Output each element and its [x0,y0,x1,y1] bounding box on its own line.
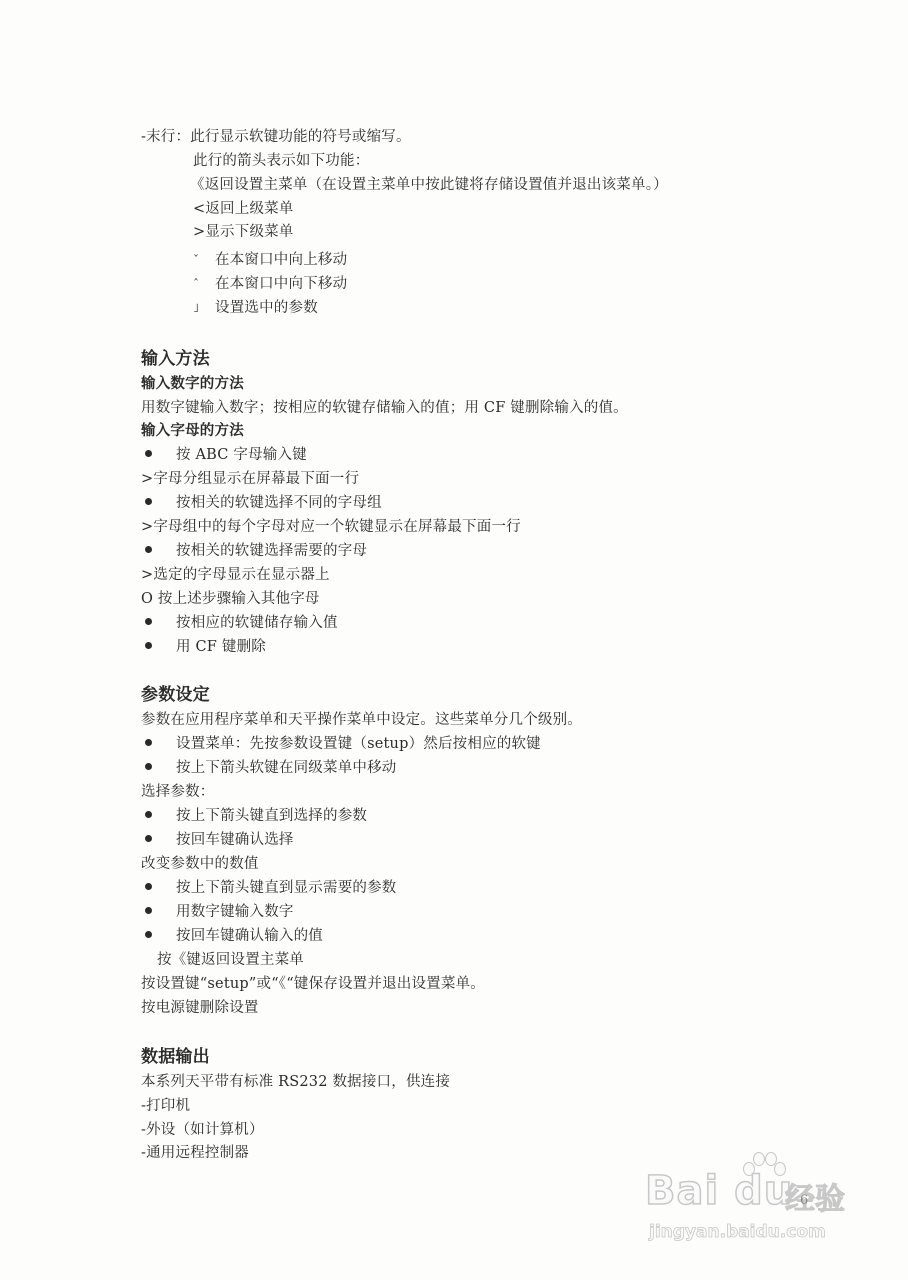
symbol-row-enter: ˩设置选中的参数 [193,298,318,318]
bullet-text: 设置菜单：先按参数设置键（setup）然后按相应的软键 [176,736,541,752]
intro-line-2: 此行的箭头表示如下功能： [193,151,369,171]
subheading-numbers: 输入数字的方法 [141,374,244,394]
step-bullet: 按相关的软键选择需要的字母 [145,541,367,561]
baidu-jingyan-watermark: Bai du 经验 jingyan.baidu.com [645,1160,885,1240]
params-bullet: 按回车键确认选择 [145,830,294,850]
params-bullet: 用数字键输入数字 [145,902,294,922]
bullet-text: 按上下箭头软键在同级菜单中移动 [176,760,397,776]
save-text: 按设置键“setup”或“《“键保存设置并退出设置菜单。 [141,974,485,994]
symbol-text: 在本窗口中向上移动 [215,252,347,268]
bullet-icon [145,835,152,842]
bullet-text: 按回车键确认选择 [176,832,294,848]
return-text: 按《键返回设置主菜单 [157,950,304,970]
output-item: -通用远程控制器 [141,1143,249,1163]
subheading-letters: 输入字母的方法 [141,421,244,441]
heading-input-methods: 输入方法 [141,348,210,370]
symbol-row-up: ˇ在本窗口中向上移动 [193,250,347,270]
step-text: 按 ABC 字母输入键 [176,447,307,463]
document-page: -末行：此行显示软键功能的符号或缩写。 此行的箭头表示如下功能： 《返回设置主菜… [0,0,908,1280]
step-text: 按相应的软键储存输入值 [176,615,338,631]
step-text: 按相关的软键选择需要的字母 [176,543,367,559]
heading-param-settings: 参数设定 [141,684,210,706]
bullet-icon [145,498,152,505]
bullet-icon [145,763,152,770]
step-bullet: 按相应的软键储存输入值 [145,613,338,633]
params-intro: 参数在应用程序菜单和天平操作菜单中设定。这些菜单分几个级别。 [141,710,582,730]
step-text: 用 CF 键删除 [176,639,266,655]
params-bullet: 设置菜单：先按参数设置键（setup）然后按相应的软键 [145,734,541,754]
watermark-logo: Bai du [645,1168,793,1214]
symbol-text: 设置选中的参数 [215,300,318,316]
intro-line-5: >显示下级菜单 [193,222,294,242]
bullet-text: 按上下箭头键直到显示需要的参数 [176,880,397,896]
bullet-icon [145,642,152,649]
step-plain: >选定的字母显示在显示器上 [141,565,330,585]
heading-data-output: 数据输出 [141,1046,210,1068]
intro-line-4: <返回上级菜单 [193,199,294,219]
output-intro: 本系列天平带有标准 RS232 数据接口，供连接 [141,1072,450,1092]
bullet-icon [145,739,152,746]
delete-text: 按电源键删除设置 [141,998,259,1018]
symbol-row-down: ˆ在本窗口中向下移动 [193,274,347,294]
bullet-icon [145,883,152,890]
params-bullet: 按上下箭头键直到选择的参数 [145,806,367,826]
intro-line-1: -末行：此行显示软键功能的符号或缩写。 [141,127,411,147]
change-values-label: 改变参数中的数值 [141,854,259,874]
step-bullet: 按相关的软键选择不同的字母组 [145,493,382,513]
output-item: -外设（如计算机） [141,1120,264,1140]
bullet-icon [145,618,152,625]
watermark-url: jingyan.baidu.com [649,1222,826,1242]
step-plain: >字母组中的每个字母对应一个软键显示在屏幕最下面一行 [141,517,521,537]
bullet-icon [145,811,152,818]
output-item: -打印机 [141,1096,190,1116]
step-bullet: 用 CF 键删除 [145,637,266,657]
up-caret-icon: ˆ [193,274,215,294]
bullet-text: 按回车键确认输入的值 [176,928,323,944]
params-bullet: 按回车键确认输入的值 [145,926,323,946]
intro-line-3: 《返回设置主菜单（在设置主菜单中按此键将存储设置值并退出该菜单。） [190,175,668,195]
bullet-text: 按上下箭头键直到选择的参数 [176,808,367,824]
bullet-icon [145,907,152,914]
down-caret-icon: ˇ [193,250,215,270]
step-plain: >字母分组显示在屏幕最下面一行 [141,469,359,489]
step-text: 按相关的软键选择不同的字母组 [176,495,382,511]
bullet-icon [145,931,152,938]
watermark-cn: 经验 [785,1174,845,1218]
params-bullet: 按上下箭头软键在同级菜单中移动 [145,758,397,778]
page-number: 6 [800,1193,808,1208]
symbol-text: 在本窗口中向下移动 [215,276,347,292]
step-plain: O 按上述步骤输入其他字母 [141,589,320,609]
select-params-label: 选择参数： [141,782,215,802]
numbers-text: 用数字键输入数字；按相应的软键存储输入的值；用 CF 键删除输入的值。 [141,398,628,418]
bullet-text: 用数字键输入数字 [176,904,294,920]
bullet-icon [145,546,152,553]
step-bullet: 按 ABC 字母输入键 [145,445,307,465]
bullet-icon [145,450,152,457]
params-bullet: 按上下箭头键直到显示需要的参数 [145,878,397,898]
enter-icon: ˩ [193,298,215,318]
